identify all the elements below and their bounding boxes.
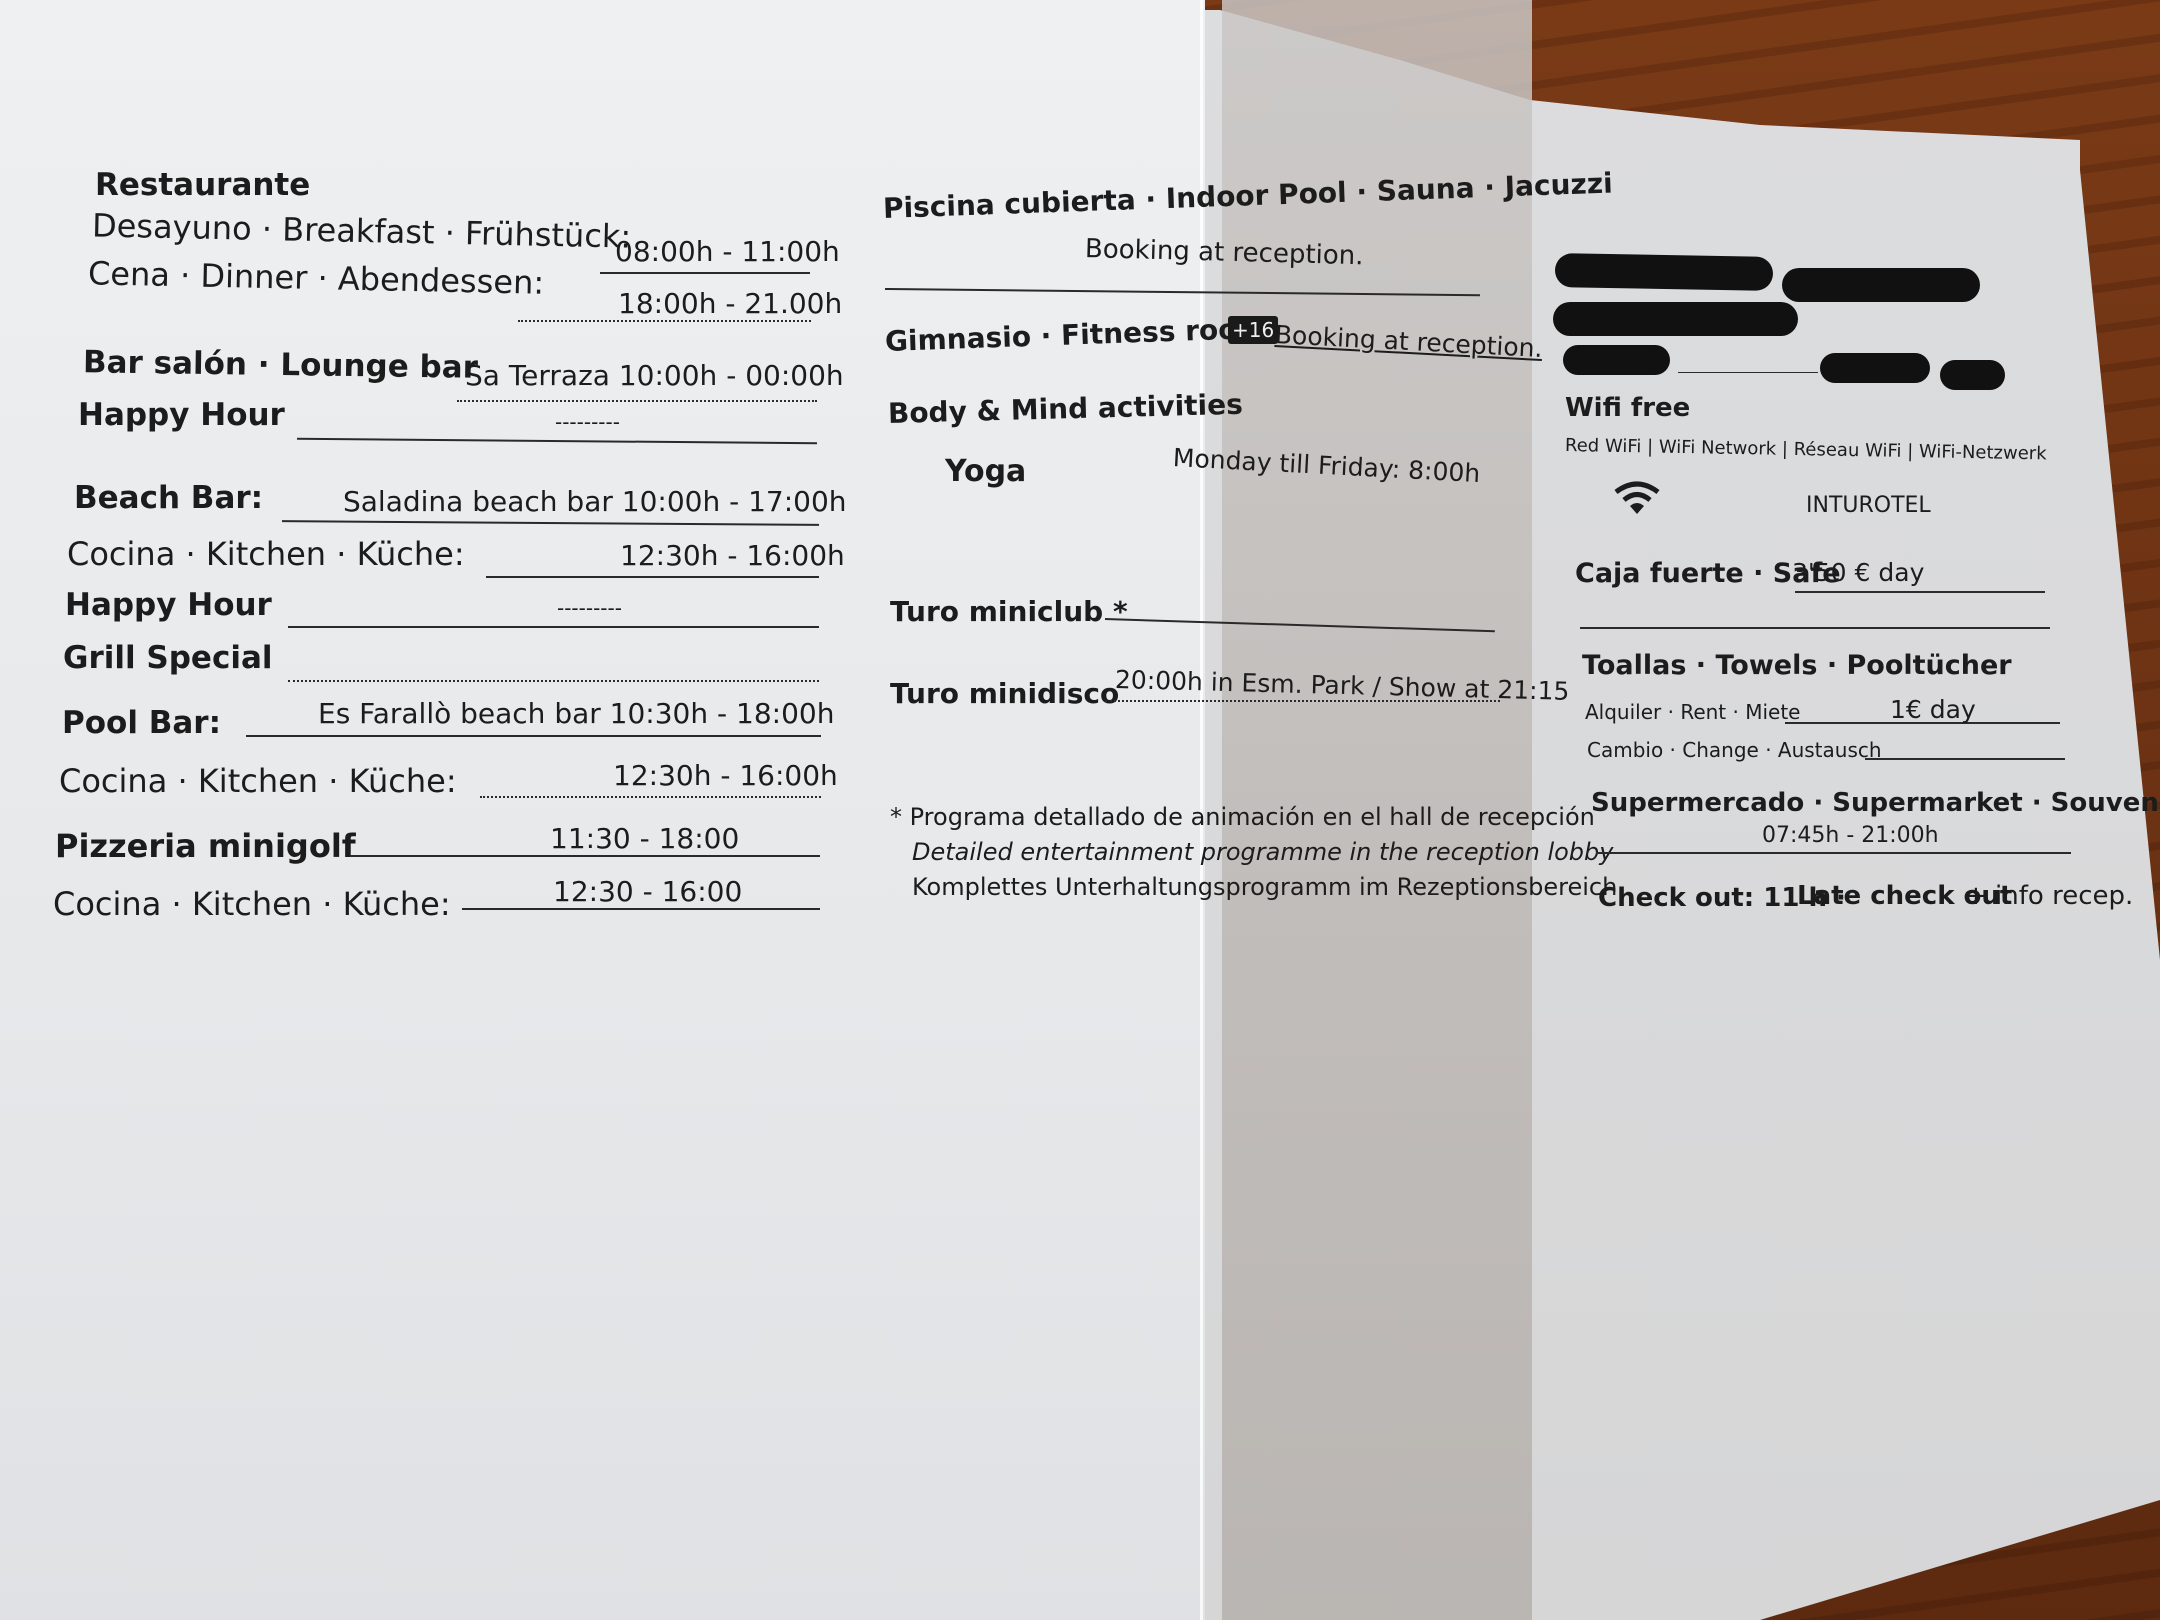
lounge-bar-label: Bar salón · Lounge bar — [83, 347, 478, 384]
towel-change-label: Cambio · Change · Austausch — [1587, 740, 1882, 760]
lounge-happy-hour-value: --------- — [555, 412, 620, 432]
checkout-info: + info recep. — [1965, 883, 2133, 909]
pizzeria-line — [350, 855, 820, 857]
lounge-bar-line — [457, 400, 817, 402]
dinner-label: Cena · Dinner · Abendessen: — [88, 257, 545, 299]
footnote-es: * Programa detallado de animación en el … — [890, 805, 1595, 829]
pool-bar-label: Pool Bar: — [62, 708, 221, 739]
pool-kitchen-line — [480, 796, 821, 798]
lounge-bar-value: Sa Terraza 10:00h - 00:00h — [465, 362, 844, 390]
towel-change-line — [1865, 758, 2065, 760]
breakfast-hours: 08:00h - 11:00h — [615, 238, 840, 266]
redaction-bar — [1940, 360, 2005, 390]
pizzeria-kitchen-hours: 12:30 - 16:00 — [553, 878, 742, 906]
pizzeria-label: Pizzeria minigolf — [55, 830, 356, 862]
wifi-title: Wifi free — [1565, 395, 1690, 421]
miniclub-label: Turo miniclub * — [890, 598, 1128, 626]
pool-bar-line — [246, 735, 821, 737]
restaurant-title: Restaurante — [95, 170, 310, 201]
beach-bar-label: Beach Bar: — [74, 483, 263, 514]
towel-rent-value: 1€ day — [1890, 697, 1976, 722]
supermarket-label: Supermercado · Supermarket · Souvenir — [1591, 790, 2160, 816]
dinner-line — [518, 320, 811, 322]
safe-value: 3'50 € day — [1792, 560, 1924, 585]
towel-rent-label: Alquiler · Rent · Miete — [1585, 702, 1800, 722]
redaction-bar — [1782, 268, 1980, 302]
supermarket-line — [1596, 852, 2071, 854]
pool-kitchen-label: Cocina · Kitchen · Küche: — [59, 765, 457, 797]
pizzeria-kitchen-line — [462, 908, 820, 910]
redaction-bar — [1555, 253, 1774, 291]
pizzeria-hours: 11:30 - 18:00 — [550, 825, 739, 853]
lounge-happy-hour-label: Happy Hour — [78, 400, 285, 431]
yoga-label: Yoga — [945, 457, 1026, 487]
redaction-line — [1678, 372, 1818, 373]
supermarket-hours: 07:45h - 21:00h — [1762, 825, 1939, 847]
safe-line — [1795, 591, 2045, 593]
breakfast-line — [600, 272, 810, 274]
redaction-bar — [1553, 302, 1798, 336]
wifi-icon — [1612, 478, 1662, 518]
pizzeria-kitchen-label: Cocina · Kitchen · Küche: — [53, 888, 451, 920]
grill-special-label: Grill Special — [63, 643, 273, 674]
towels-title: Toallas · Towels · Pooltücher — [1582, 652, 2012, 679]
redaction-bar — [1820, 353, 1930, 383]
minidisco-label: Turo minidisco — [890, 680, 1119, 708]
beach-bar-value: Saladina beach bar 10:00h - 17:00h — [343, 488, 847, 516]
footnote-en: Detailed entertainment programme in the … — [912, 840, 1613, 864]
wifi-network-name: INTUROTEL — [1806, 495, 1931, 517]
beach-kitchen-line — [486, 576, 819, 578]
beach-happy-hour-line — [288, 626, 819, 628]
footnote-de: Komplettes Unterhaltungsprogramm im Reze… — [912, 875, 1617, 899]
beach-happy-hour-label: Happy Hour — [65, 590, 272, 621]
indoor-pool-note: Booking at reception. — [1085, 236, 1364, 269]
beach-kitchen-hours: 12:30h - 16:00h — [620, 542, 845, 570]
beach-kitchen-label: Cocina · Kitchen · Küche: — [67, 538, 465, 570]
safe-extra-line — [1580, 627, 2050, 629]
pool-kitchen-hours: 12:30h - 16:00h — [613, 762, 838, 790]
age-restriction-badge: +16 — [1228, 316, 1278, 344]
pool-bar-value: Es Farallò beach bar 10:30h - 18:00h — [318, 700, 834, 728]
grill-special-line — [288, 680, 819, 682]
dinner-hours: 18:00h - 21.00h — [618, 290, 842, 318]
redaction-bar — [1563, 345, 1670, 375]
beach-happy-hour-value: --------- — [557, 598, 622, 618]
